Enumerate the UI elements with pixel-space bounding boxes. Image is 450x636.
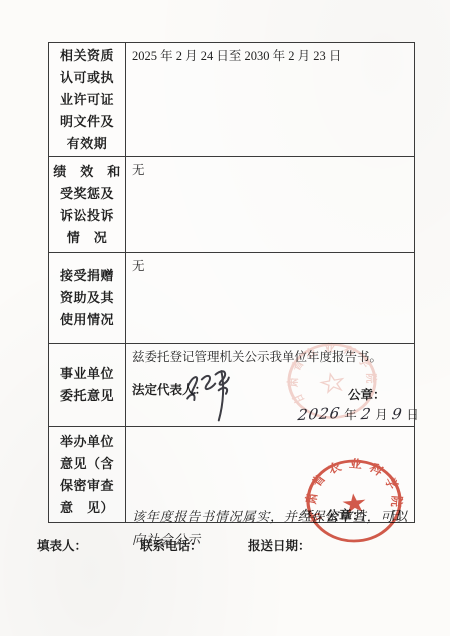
table-row-entrust-opinion: 事业单位 委托意见 兹委托登记管理机关公示我单位年度报告书。 法定代表人： 公章…: [49, 344, 414, 427]
annual-report-form-table: 相关资质 认可或执 业许可证 明文件及 有效期 2025 年 2 月 24 日至…: [48, 42, 415, 523]
entrust-date-year: 2026: [297, 403, 342, 426]
table-row-sponsor-opinion: 举办单位 意见（含 保密审查 意 见） 该年度报告书情况属实，并经保密审查，可以…: [49, 427, 414, 522]
row-value-donations: 无: [126, 253, 414, 343]
row-value-qualifications: 2025 年 2 月 24 日至 2030 年 2 月 23 日: [126, 43, 414, 156]
table-row-qualifications: 相关资质 认可或执 业许可证 明文件及 有效期 2025 年 2 月 24 日至…: [49, 43, 414, 157]
scanned-report-page: 相关资质 认可或执 业许可证 明文件及 有效期 2025 年 2 月 24 日至…: [0, 0, 450, 636]
qualification-validity-text: 2025 年 2 月 24 日至 2030 年 2 月 23 日: [132, 46, 408, 67]
sponsor-date-day-unit: 日: [390, 505, 403, 526]
entrust-statement: 兹委托登记管理机关公示我单位年度报告书。: [132, 347, 408, 368]
entrust-date-month-unit: 月: [375, 405, 388, 426]
entrust-date-day-unit: 日: [406, 405, 419, 426]
entrust-date-day: 9: [390, 404, 403, 426]
entrust-seal-label: 公章：: [348, 385, 386, 406]
entrust-date-month: 2: [359, 404, 372, 426]
sponsor-date-year-unit: 年: [302, 505, 315, 526]
performance-text: 无: [132, 160, 408, 181]
preparer-label: 填表人：: [37, 536, 87, 554]
sponsor-date-month-unit: 月: [354, 505, 367, 526]
row-label-entrust-opinion: 事业单位 委托意见: [49, 344, 126, 426]
row-value-performance: 无: [126, 157, 414, 252]
donations-text: 无: [132, 256, 408, 277]
table-row-performance: 绩 效 和 受奖惩及 诉讼投诉 情 况 无: [49, 157, 414, 253]
row-label-performance: 绩 效 和 受奖惩及 诉讼投诉 情 况: [49, 157, 126, 252]
row-label-qualifications: 相关资质 认可或执 业许可证 明文件及 有效期: [49, 43, 126, 156]
report-date-label: 报送日期：: [248, 536, 311, 554]
contact-phone-label: 联系电话：: [140, 536, 203, 554]
row-label-donations: 接受捐赠 资助及其 使用情况: [49, 253, 126, 343]
row-label-sponsor-opinion: 举办单位 意见（含 保密审查 意 见）: [49, 427, 126, 522]
entrust-date-year-unit: 年: [344, 405, 357, 426]
legal-representative-signature: [180, 364, 238, 426]
entrust-handwritten-date: 2026 年 2 月 9 日: [298, 404, 419, 426]
row-value-entrust-opinion: 兹委托登记管理机关公示我单位年度报告书。 法定代表人： 公章： 2026: [126, 344, 414, 426]
table-row-donations: 接受捐赠 资助及其 使用情况 无: [49, 253, 414, 344]
row-value-sponsor-opinion: 该年度报告书情况属实，并经保密审查，可以向社会公示 公章： 年 月 日: [126, 427, 414, 522]
